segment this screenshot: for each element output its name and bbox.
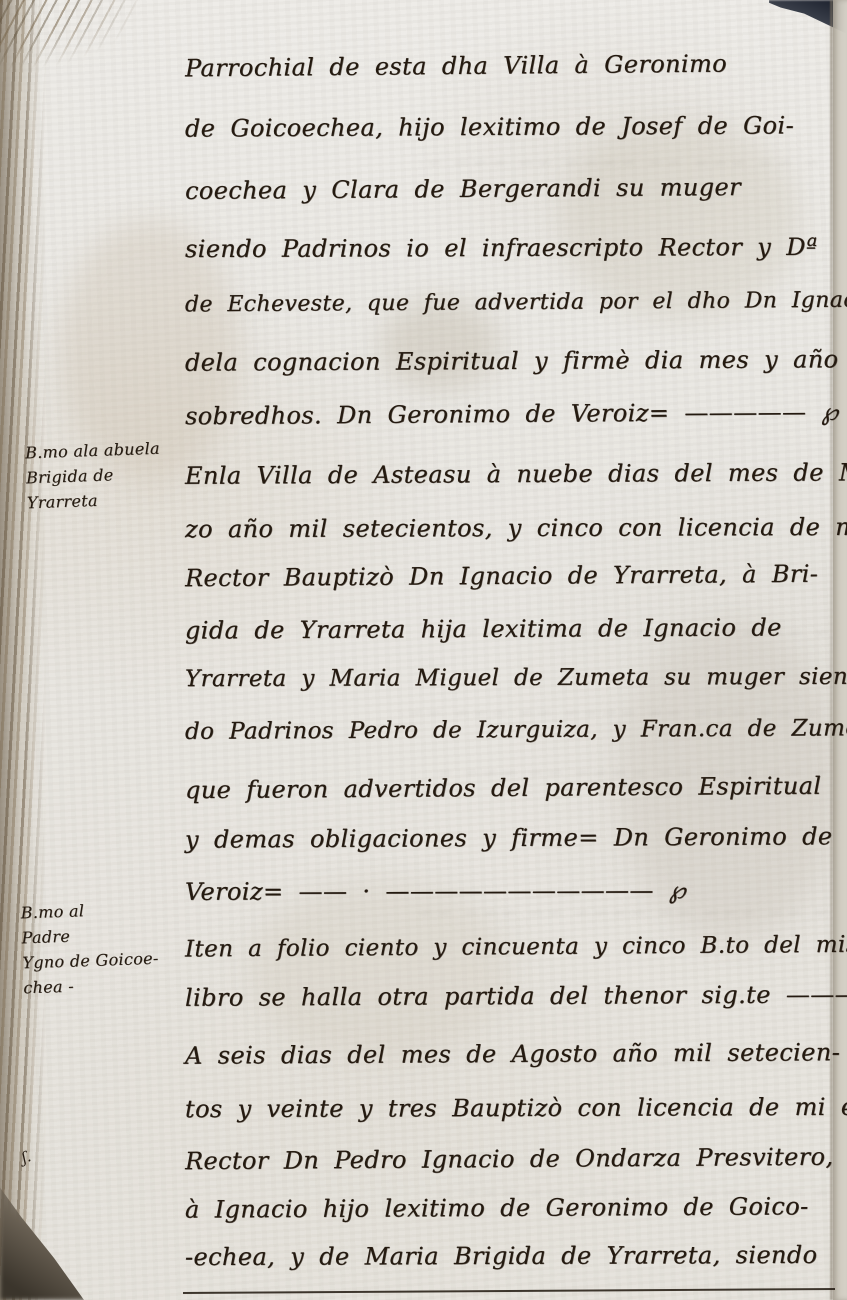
manuscript-line: A seis dias del mes de Agosto año mil se… <box>185 1038 840 1069</box>
margin-note-line: chea - <box>23 971 160 1001</box>
margin-note-baptism-father: B.mo al Padre Ygno de Goicoe- chea - <box>20 896 160 1001</box>
manuscript-line: tos y veinte y tres Bauptizò con licenci… <box>185 1093 847 1123</box>
manuscript-line: à Ignacio hijo lexitimo de Geronimo de G… <box>185 1192 809 1223</box>
page-shadow-bottom-left <box>0 1150 120 1300</box>
margin-note-baptism-grandmother: B.mo ala abuela Brigida de Yrarreta <box>25 436 162 516</box>
manuscript-line: zo año mil setecientos, y cinco con lice… <box>185 513 847 544</box>
manuscript-line: Yrarreta y Maria Miguel de Zumeta su mug… <box>185 664 847 692</box>
manuscript-line: Rector Bauptizò Dn Ignacio de Yrarreta, … <box>185 560 818 592</box>
manuscript-line: -echea, y de Maria Brigida de Yrarreta, … <box>185 1241 818 1271</box>
cover-corner-top-right <box>752 0 847 34</box>
stray-ink-mark: ʃ. <box>20 1147 33 1167</box>
manuscript-line: y demas obligaciones y firme= Dn Geronim… <box>185 822 833 853</box>
binding-corner-streaks <box>0 0 200 110</box>
ink-rule <box>183 1288 835 1294</box>
manuscript-line: que fueron advertidos del parentesco Esp… <box>185 772 822 804</box>
book-binding-edge <box>0 0 46 1300</box>
manuscript-line: Veroiz= —— · ——————————— ℘ <box>185 876 686 906</box>
manuscript-line: Rector Dn Pedro Ignacio de Ondarza Presv… <box>185 1143 834 1176</box>
manuscript-line: Iten a folio ciento y cincuenta y cinco … <box>185 932 847 963</box>
manuscript-line: dela cognacion Espiritual y firmè dia me… <box>185 345 839 376</box>
manuscript-line: Parrochial de esta dha Villa à Geronimo <box>185 50 727 83</box>
manuscript-line: siendo Padrinos io el infraescripto Rect… <box>185 233 818 263</box>
manuscript-line: coechea y Clara de Bergerandi su muger <box>185 173 741 205</box>
margin-note-line: B.mo ala abuela <box>25 436 161 466</box>
manuscript-line: do Padrinos Pedro de Izurguiza, y Fran.c… <box>185 715 847 745</box>
showthrough-text: ~ ~~ ~~~ ~~ ~~~~ ~~ ~~~ ~~~~ ~~ ~~~ ~~ ~… <box>420 150 820 174</box>
manuscript-line: gida de Yrarreta hija lexitima de Ignaci… <box>185 613 782 644</box>
manuscript-line: sobredhos. Dn Geronimo de Veroiz= ————— … <box>185 398 839 431</box>
manuscript-line: libro se halla otra partida del thenor s… <box>185 980 847 1012</box>
manuscript-line: de Goicoechea, hijo lexitimo de Josef de… <box>185 111 794 142</box>
margin-note-line: Yrarreta <box>26 486 162 516</box>
paper-stain <box>250 880 510 1060</box>
manuscript-page: ~ ~~ ~~~ ~~ ~~~~ ~~ ~~~ ~~~~ ~~ ~~~ ~~ ~… <box>0 0 847 1300</box>
manuscript-line: Enla Villa de Asteasu à nuebe dias del m… <box>185 458 847 490</box>
manuscript-line: de Echeveste, que fue advertida por el d… <box>185 288 847 318</box>
margin-note-line: Ygno de Goicoe- <box>22 946 159 976</box>
